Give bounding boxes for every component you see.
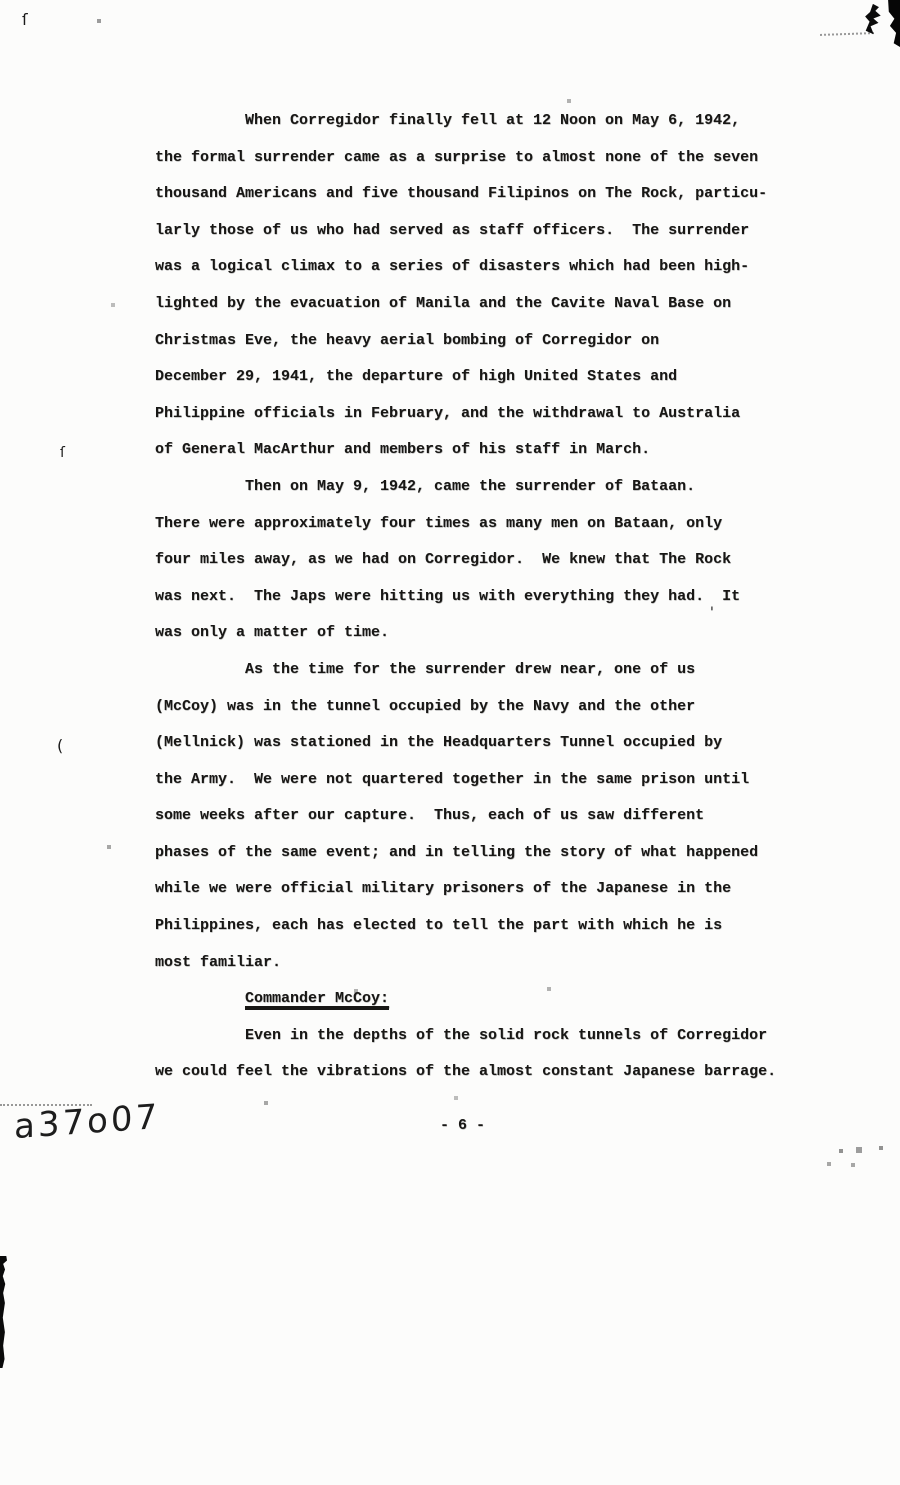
- page-number: - 6 -: [155, 1108, 770, 1145]
- text-line: As the time for the surrender drew near,…: [155, 652, 815, 689]
- text-line: while we were official military prisoner…: [155, 871, 815, 908]
- text-line: There were approximately four times as m…: [155, 506, 815, 543]
- text-line: the Army. We were not quartered together…: [155, 762, 815, 799]
- stray-mark: ſ: [22, 12, 28, 28]
- text-line: December 29, 1941, the departure of high…: [155, 359, 815, 396]
- text-line: some weeks after our capture. Thus, each…: [155, 798, 815, 835]
- text-line: most familiar.: [155, 945, 815, 982]
- left-edge-ink-streak: [0, 1256, 7, 1368]
- stray-mark: (: [57, 738, 63, 754]
- scan-noise-speckles: [0, 0, 2, 2]
- text-line: Then on May 9, 1942, came the surrender …: [155, 469, 815, 506]
- text-line: was only a matter of time.: [155, 615, 815, 652]
- scanned-document-page: When Corregidor finally fell at 12 Noon …: [0, 0, 900, 1485]
- text-line: of General MacArthur and members of his …: [155, 432, 815, 469]
- text-line: was next. The Japs were hitting us with …: [155, 579, 815, 616]
- text-line: Christmas Eve, the heavy aerial bombing …: [155, 323, 815, 360]
- text-line: When Corregidor finally fell at 12 Noon …: [155, 103, 815, 140]
- text-line: (McCoy) was in the tunnel occupied by th…: [155, 689, 815, 726]
- text-line: was a logical climax to a series of disa…: [155, 249, 815, 286]
- text-line: lighted by the evacuation of Manila and …: [155, 286, 815, 323]
- typewritten-text-block: When Corregidor finally fell at 12 Noon …: [155, 103, 815, 1091]
- text-line: the formal surrender came as a surprise …: [155, 140, 815, 177]
- text-line: larly those of us who had served as staf…: [155, 213, 815, 250]
- ink-blot-corner: [886, 0, 900, 47]
- text-line: Commander McCoy:: [155, 981, 815, 1018]
- ink-smudge: [862, 3, 883, 35]
- text-line: Even in the depths of the solid rock tun…: [155, 1018, 815, 1055]
- text-line: phases of the same event; and in telling…: [155, 835, 815, 872]
- dotted-scan-artifact: [0, 1104, 92, 1106]
- text-line: Philippines, each has elected to tell th…: [155, 908, 815, 945]
- stray-mark: ſ: [60, 446, 65, 460]
- text-line: thousand Americans and five thousand Fil…: [155, 176, 815, 213]
- underlined-heading: Commander McCoy:: [245, 990, 389, 1010]
- stray-mark: ': [710, 606, 714, 620]
- text-line: we could feel the vibrations of the almo…: [155, 1054, 815, 1091]
- text-line: Philippine officials in February, and th…: [155, 396, 815, 433]
- smudge-dots: [820, 32, 874, 36]
- text-line: (Mellnick) was stationed in the Headquar…: [155, 725, 815, 762]
- text-line: four miles away, as we had on Corregidor…: [155, 542, 815, 579]
